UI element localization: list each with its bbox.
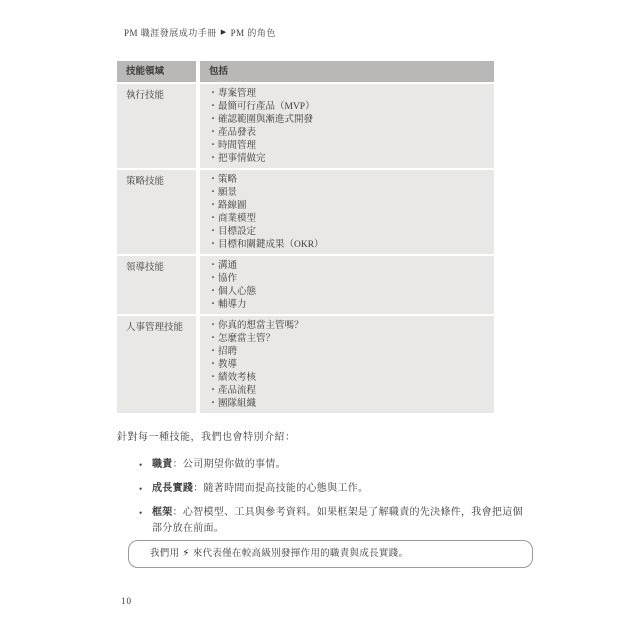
callout-text-prefix: 我們用 bbox=[150, 549, 179, 559]
callout-box: 我們用⚡來代表僅在較高級別發揮作用的職責與成長實踐。 bbox=[128, 540, 533, 568]
chapter-title: PM 的角色 bbox=[231, 26, 276, 39]
category-label-leadership: 領導技能 bbox=[117, 256, 196, 314]
skill-item: ・個人心態 bbox=[208, 286, 486, 299]
bullet-marker: ・ bbox=[208, 187, 218, 200]
bullet-marker: ・ bbox=[208, 226, 218, 239]
bullet-marker: ・ bbox=[208, 299, 218, 312]
bullet-marker: ・ bbox=[208, 359, 218, 372]
bullet-marker: ・ bbox=[208, 372, 218, 385]
book-page: PM 職涯發展成功手冊 ▶ PM 的角色 技能領域 包括 執行技能 ・專案管理 … bbox=[0, 0, 640, 640]
skill-item: ・產品發表 bbox=[208, 127, 486, 140]
skill-item: ・把事情做完 bbox=[208, 153, 486, 166]
skill-item: ・願景 bbox=[208, 187, 486, 200]
skill-items-strategy: ・策略 ・願景 ・路線圖 ・商業模型 ・目標設定 ・目標和關鍵成果（OKR） bbox=[200, 170, 494, 254]
skill-item: ・協作 bbox=[208, 273, 486, 286]
category-label-strategy: 策略技能 bbox=[117, 170, 196, 254]
skill-items-execution: ・專案管理 ・最簡可行產品（MVP） ・確認範圍與漸進式開發 ・產品發表 ・時間… bbox=[200, 84, 494, 168]
skill-item: ・目標和關鍵成果（OKR） bbox=[208, 239, 486, 252]
intro-bullet-responsibilities: • 職責：公司期望你做的事情。 bbox=[117, 457, 529, 473]
bullet-term: 框架 bbox=[152, 507, 173, 518]
running-head: PM 職涯發展成功手冊 ▶ PM 的角色 bbox=[124, 26, 276, 39]
skill-item: ・招聘 bbox=[208, 346, 486, 359]
skill-item: ・溝通 bbox=[208, 260, 486, 273]
column-header-skill-area: 技能領域 bbox=[117, 61, 196, 82]
bullet-marker: ・ bbox=[208, 286, 218, 299]
bullet-text: 框架：心智模型、工具與參考資料。如果框架是了解職責的先決條件，我會把這個部分放在… bbox=[152, 505, 529, 537]
intro-bullet-frameworks: • 框架：心智模型、工具與參考資料。如果框架是了解職責的先決條件，我會把這個部分… bbox=[117, 505, 529, 537]
skill-item: ・輔導力 bbox=[208, 299, 486, 312]
page-number: 10 bbox=[121, 596, 132, 606]
bullet-marker: ・ bbox=[208, 200, 218, 213]
skill-item: ・怎麼當主管？ bbox=[208, 333, 486, 346]
bullet-marker: ・ bbox=[208, 140, 218, 153]
skill-item: ・商業模型 bbox=[208, 213, 486, 226]
callout-text-suffix: 來代表僅在較高級別發揮作用的職責與成長實踐。 bbox=[193, 549, 409, 559]
bullet-marker: ・ bbox=[208, 333, 218, 346]
skill-item: ・最簡可行產品（MVP） bbox=[208, 101, 486, 114]
skill-item: ・時間管理 bbox=[208, 140, 486, 153]
skill-item: ・目標設定 bbox=[208, 226, 486, 239]
bullet-marker: ・ bbox=[208, 153, 218, 166]
category-label-execution: 執行技能 bbox=[117, 84, 196, 168]
skill-item: ・路線圖 bbox=[208, 200, 486, 213]
book-title: PM 職涯發展成功手冊 bbox=[124, 26, 217, 39]
intro-section: 針對每一種技能，我們也會特別介紹： • 職責：公司期望你做的事情。 • 成長實踐… bbox=[117, 430, 529, 545]
bullet-term: 職責 bbox=[152, 459, 173, 470]
bullet-marker: ・ bbox=[208, 320, 218, 333]
skill-item: ・專案管理 bbox=[208, 88, 486, 101]
bullet-desc: ：隨著時間而提高技能的心態與工作。 bbox=[193, 483, 368, 494]
skill-items-leadership: ・溝通 ・協作 ・個人心態 ・輔導力 bbox=[200, 256, 494, 314]
bullet-marker: ・ bbox=[208, 385, 218, 398]
bullet-marker: • bbox=[139, 505, 152, 537]
intro-lead: 針對每一種技能，我們也會特別介紹： bbox=[117, 430, 529, 446]
bullet-marker: ・ bbox=[208, 174, 218, 187]
skill-item: ・確認範圍與漸進式開發 bbox=[208, 114, 486, 127]
bullet-desc: ：公司期望你做的事情。 bbox=[173, 459, 286, 470]
skill-item: ・產品流程 bbox=[208, 385, 486, 398]
bullet-text: 成長實踐：隨著時間而提高技能的心態與工作。 bbox=[152, 481, 368, 497]
bullet-marker: ・ bbox=[208, 273, 218, 286]
intro-bullet-growth-practices: • 成長實踐：隨著時間而提高技能的心態與工作。 bbox=[117, 481, 529, 497]
bullet-marker: ・ bbox=[208, 213, 218, 226]
bullet-desc: ：心智模型、工具與參考資料。如果框架是了解職責的先決條件，我會把這個部分放在前面… bbox=[152, 507, 523, 534]
lightning-bolt-icon: ⚡ bbox=[182, 548, 189, 559]
bullet-marker: ・ bbox=[208, 398, 218, 411]
bullet-term: 成長實踐 bbox=[152, 483, 193, 494]
skill-item: ・績效考核 bbox=[208, 372, 486, 385]
bullet-marker: ・ bbox=[208, 260, 218, 273]
bullet-marker: ・ bbox=[208, 101, 218, 114]
skill-item: ・你真的想當主管嗎？ bbox=[208, 320, 486, 333]
bullet-marker: • bbox=[139, 481, 152, 497]
column-header-includes: 包括 bbox=[200, 61, 494, 82]
bullet-marker: • bbox=[139, 457, 152, 473]
bullet-text: 職責：公司期望你做的事情。 bbox=[152, 457, 286, 473]
category-label-people-management: 人事管理技能 bbox=[117, 316, 196, 413]
bullet-marker: ・ bbox=[208, 346, 218, 359]
bullet-marker: ・ bbox=[208, 127, 218, 140]
skills-table: 技能領域 包括 執行技能 ・專案管理 ・最簡可行產品（MVP） ・確認範圍與漸進… bbox=[117, 61, 494, 413]
bullet-marker: ・ bbox=[208, 88, 218, 101]
arrow-right-icon: ▶ bbox=[221, 28, 227, 37]
bullet-marker: ・ bbox=[208, 114, 218, 127]
skill-item: ・策略 bbox=[208, 174, 486, 187]
skill-items-people-management: ・你真的想當主管嗎？ ・怎麼當主管？ ・招聘 ・教導 ・績效考核 ・產品流程 ・… bbox=[200, 316, 494, 413]
skill-item: ・教導 bbox=[208, 359, 486, 372]
skill-item: ・團隊組織 bbox=[208, 398, 486, 411]
bullet-marker: ・ bbox=[208, 239, 218, 252]
